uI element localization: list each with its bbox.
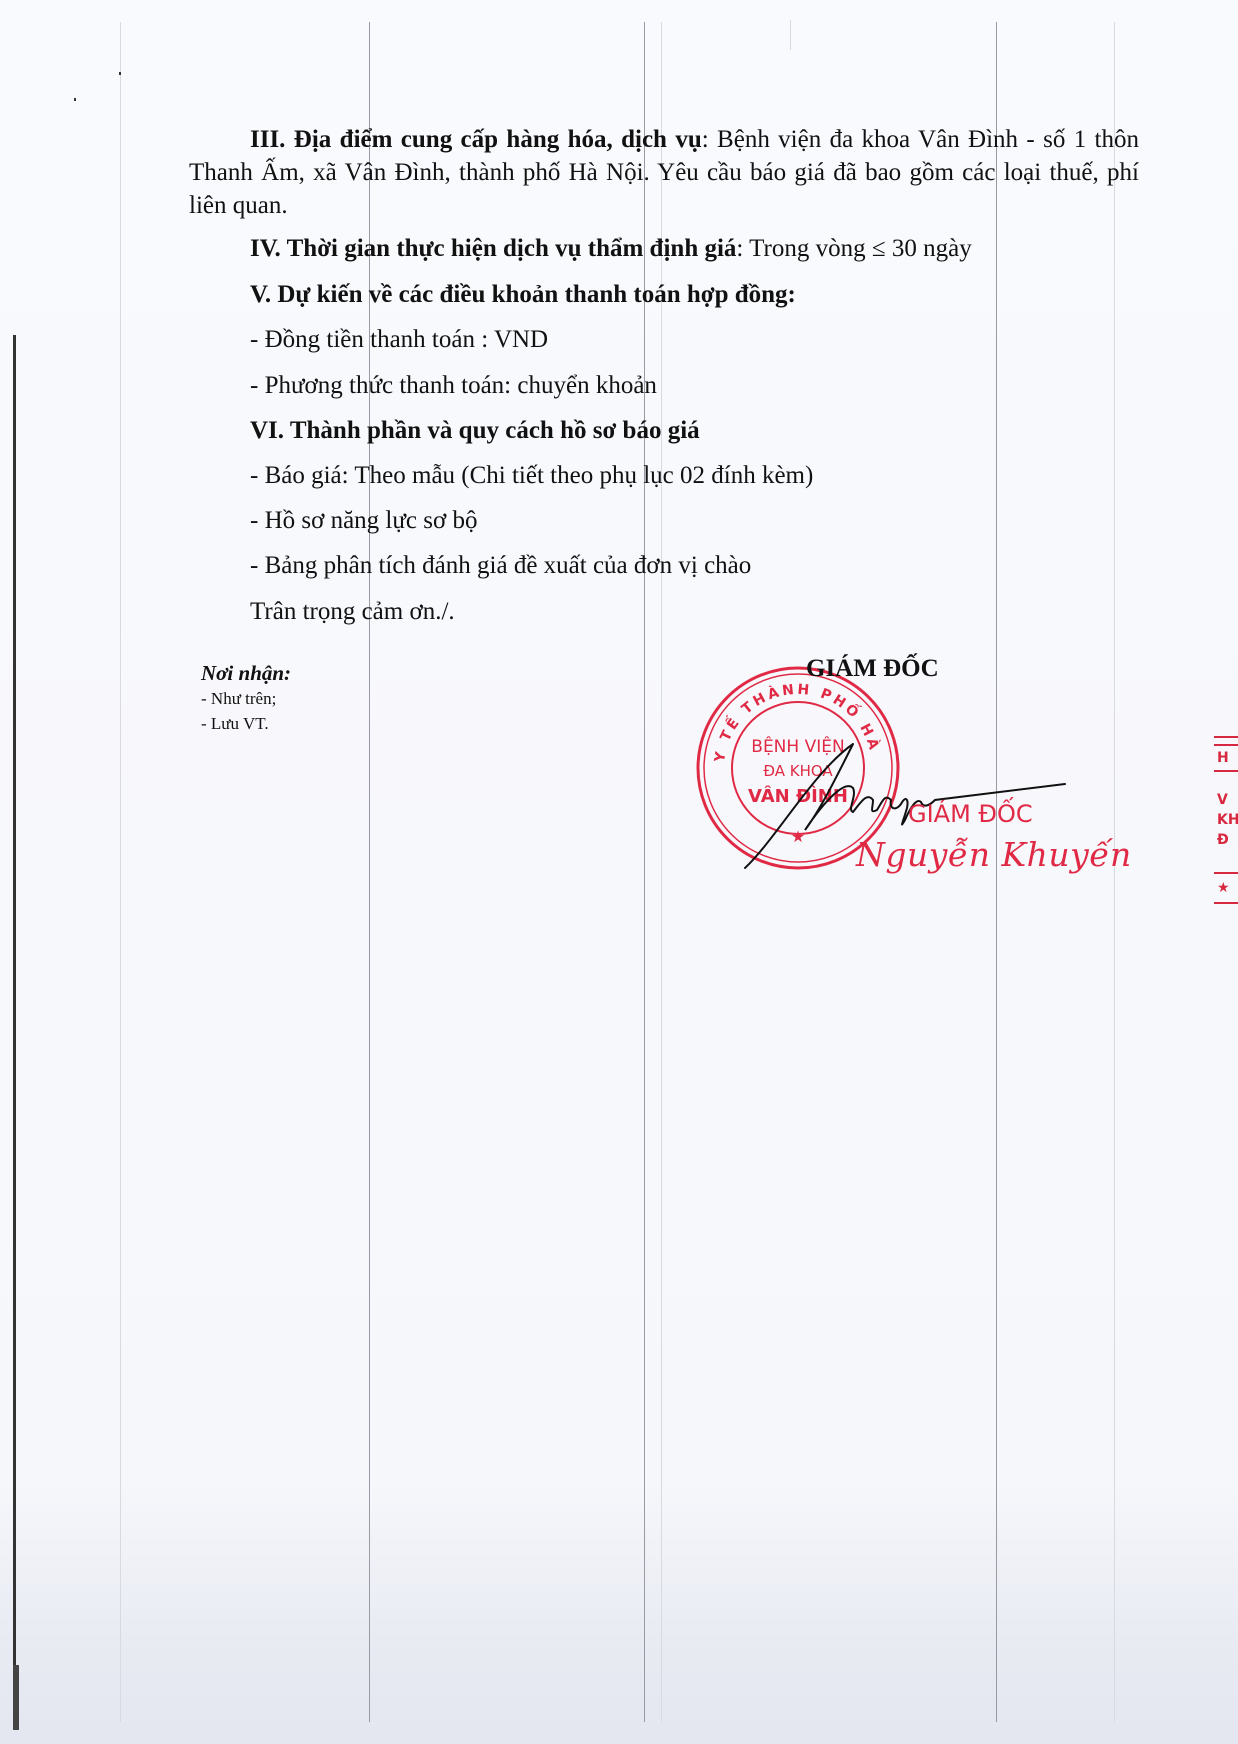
- recipient-item: - Lưu VT.: [201, 711, 291, 736]
- section-6-item: - Hồ sơ năng lực sơ bộ: [250, 507, 477, 535]
- section-4-text: : Trong vòng ≤ 30 ngày: [736, 235, 971, 262]
- section-4-heading: IV. Thời gian thực hiện dịch vụ thẩm địn…: [250, 235, 736, 262]
- closing: Trân trọng cảm ơn./.: [250, 598, 455, 626]
- recipients-title: Nơi nhận:: [201, 661, 291, 686]
- section-6-item: - Báo giá: Theo mẫu (Chi tiết theo phụ l…: [250, 462, 813, 490]
- section-3-heading: III. Địa điểm cung cấp hàng hóa, dịch vụ: [250, 126, 702, 153]
- fold-line: [120, 22, 121, 1722]
- fold-line: [644, 22, 645, 1722]
- partial-stamp-edge: H V KH Đ ★: [1214, 730, 1238, 930]
- scan-speck: [74, 98, 76, 101]
- fold-line: [790, 20, 791, 50]
- signer-position: GIÁM ĐỐC: [806, 655, 939, 683]
- scan-edge-bar: [13, 335, 16, 1730]
- scan-speck: [119, 72, 121, 75]
- section-5-item: - Đồng tiền thanh toán : VND: [250, 326, 548, 354]
- section-4: IV. Thời gian thực hiện dịch vụ thẩm địn…: [250, 235, 972, 263]
- seal-title: GIÁM ĐỐC: [908, 800, 1033, 828]
- section-6-item: - Bảng phân tích đánh giá đề xuất của đơ…: [250, 552, 751, 580]
- section-3: III. Địa điểm cung cấp hàng hóa, dịch vụ…: [189, 123, 1139, 222]
- signer-name: Nguyễn Khuyến: [856, 835, 1132, 874]
- recipient-item: - Như trên;: [201, 686, 291, 711]
- section-5-heading: V. Dự kiến về các điều khoản thanh toán …: [250, 281, 796, 309]
- recipients: Nơi nhận: - Như trên; - Lưu VT.: [201, 661, 291, 736]
- fold-line: [661, 22, 662, 1722]
- star-icon: ★: [1217, 880, 1230, 896]
- section-6-heading: VI. Thành phần và quy cách hồ sơ báo giá: [250, 417, 700, 445]
- fold-line: [369, 22, 370, 1722]
- section-5-item: - Phương thức thanh toán: chuyển khoản: [250, 372, 657, 400]
